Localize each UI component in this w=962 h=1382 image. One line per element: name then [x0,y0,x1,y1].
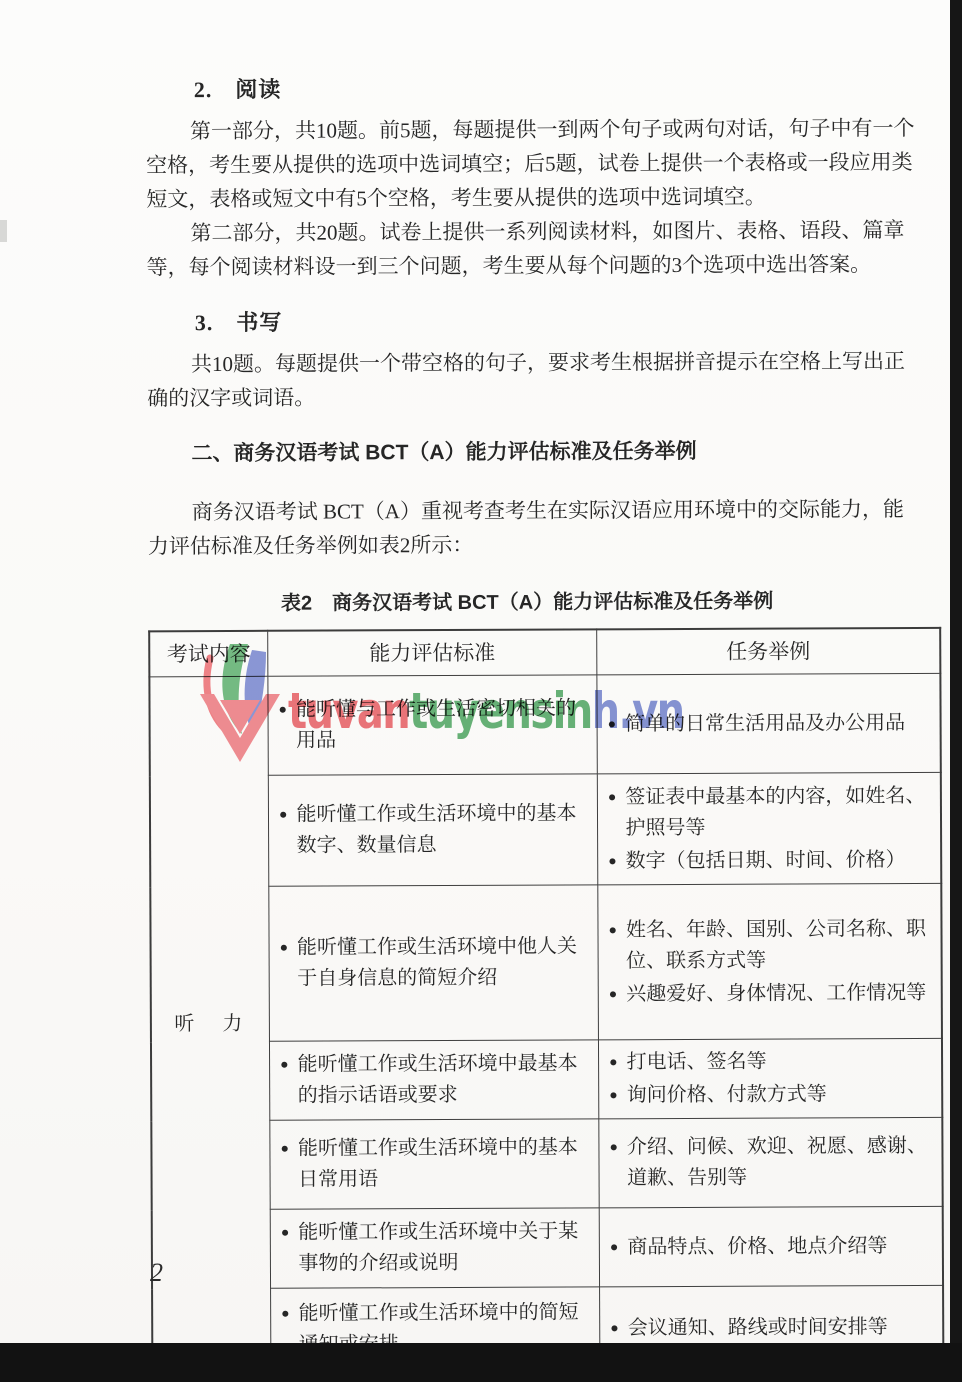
bullet-item: ●能听懂工作或生活环境中的基本数字、数量信息 [279,798,587,861]
bullet-icon: ● [610,1232,619,1263]
criteria-cell: ●能听懂与工作或生活密切相关的用品 [268,675,597,775]
bullet-icon: ● [279,800,288,831]
bullet-text: 商品特点、价格、地点介绍等 [627,1230,932,1262]
text-line: 短文，表格或短文中有5个空格，考生要从提供的选项中选词填空。 [146,179,904,216]
text-line: 确的汉字或词语。 [147,378,905,415]
column-header-criteria: 能力评估标准 [268,629,597,676]
criteria-cell: ●能听懂工作或生活环境中的基本日常用语 [270,1119,599,1209]
column-header-exam-content: 考试内容 [149,631,268,677]
table-caption: 表2 商务汉语考试 BCT（A）能力评估标准及任务举例 [148,584,906,616]
reading-paragraph-2: 第二部分，共20题。试卷上提供一系列阅读材料，如图片、表格、语段、篇章 等，每个… [146,213,904,284]
text-line: 等，每个阅读材料设一到三个问题，考生要从每个问题的3个选项中选出答案。 [147,247,905,284]
section-heading-reading: 2. 阅读 [146,70,904,104]
bullet-text: 数字（包括日期、时间、价格） [626,844,931,876]
bullet-item: ●数字（包括日期、时间、价格） [608,844,930,876]
bullet-item: ●能听懂工作或生活环境中关于某事物的介绍或说明 [281,1216,589,1279]
text-line: 第一部分，共10题。前5题，每题提供一到两个句子或两句对话，句子中有一个 [146,111,904,148]
assessment-table: 考试内容 能力评估标准 任务举例 听 力 ●能听懂与工作或生活密切相关的用品 ●… [148,627,944,1373]
text-line: 共10题。每题提供一个带空格的句子，要求考生根据拼音提示在空格上写出正 [147,344,905,381]
skill-cell-listening: 听 力 [149,676,271,1372]
bullet-text: 签证表中最基本的内容，如姓名、护照号等 [625,780,930,843]
section-heading-bct: 二、商务汉语考试 BCT（A）能力评估标准及任务举例 [147,434,905,467]
bullet-icon: ● [281,1299,290,1330]
page-number: 2 [150,1258,163,1288]
bullet-text: 姓名、年龄、国别、公司名称、职位、联系方式等 [626,913,931,976]
bullet-item: ●打电话、签名等 [609,1046,931,1078]
bullet-item: ●能听懂工作或生活环境中最基本的指示话语或要求 [280,1048,588,1111]
tasks-cell: ●打电话、签名等 ●询问价格、付款方式等 [598,1038,942,1118]
bullet-item: ●能听懂工作或生活环境中的基本日常用语 [280,1132,588,1195]
scan-black-border-right [950,0,962,1382]
bullet-text: 兴趣爱好、身体情况、工作情况等 [626,977,931,1009]
bullet-item: ●商品特点、价格、地点介绍等 [610,1230,932,1262]
text-line: 空格，考生要从提供的选项中选词填空；后5题，试卷上提供一个表格或一段应用类 [146,145,904,182]
criteria-cell: ●能听懂工作或生活环境中他人关于自身信息的简短介绍 [269,885,599,1041]
bullet-text: 能听懂工作或生活环境中关于某事物的介绍或说明 [298,1216,589,1279]
bullet-item: ●签证表中最基本的内容，如姓名、护照号等 [608,780,930,843]
bullet-text: 简单的日常生活用品及办公用品 [625,707,930,739]
bullet-icon: ● [278,695,287,726]
text-line: 力评估标准及任务举例如表2所示： [148,526,906,563]
bullet-text: 能听懂工作或生活环境中的基本日常用语 [298,1132,589,1195]
scan-black-border-bottom [0,1343,962,1382]
criteria-cell: ●能听懂工作或生活环境中最基本的指示话语或要求 [269,1040,598,1120]
bullet-icon: ● [609,1047,618,1078]
bullet-icon: ● [610,1313,619,1344]
table-row: 听 力 ●能听懂与工作或生活密切相关的用品 ●简单的日常生活用品及办公用品 [149,673,940,775]
table-header-row: 考试内容 能力评估标准 任务举例 [149,628,940,677]
bullet-text: 能听懂工作或生活环境中的基本数字、数量信息 [296,798,587,861]
bullet-item: ●兴趣爱好、身体情况、工作情况等 [609,977,931,1009]
bullet-icon: ● [609,1132,618,1163]
table-row: ●能听懂工作或生活环境中的基本数字、数量信息 ●签证表中最基本的内容，如姓名、护… [150,772,941,886]
bullet-icon: ● [280,1050,289,1081]
tasks-cell: ●签证表中最基本的内容，如姓名、护照号等 ●数字（包括日期、时间、价格） [597,772,941,884]
bullet-item: ●能听懂与工作或生活密切相关的用品 [278,693,586,756]
bullet-icon: ● [608,782,617,813]
tasks-cell: ●商品特点、价格、地点介绍等 [599,1206,943,1286]
bullet-text: 询问价格、付款方式等 [627,1079,932,1111]
bullet-text: 会议通知、路线或时间安排等 [628,1311,933,1343]
table-row: ●能听懂工作或生活环境中关于某事物的介绍或说明 ●商品特点、价格、地点介绍等 [152,1206,943,1288]
bullet-item: ●会议通知、路线或时间安排等 [610,1311,932,1343]
bullet-item: ●简单的日常生活用品及办公用品 [608,707,930,739]
bullet-icon: ● [280,1134,289,1165]
bullet-icon: ● [608,915,617,946]
criteria-cell: ●能听懂工作或生活环境中关于某事物的介绍或说明 [270,1208,599,1288]
criteria-cell: ●能听懂工作或生活环境中的基本数字、数量信息 [268,774,597,886]
table-row: ●能听懂工作或生活环境中最基本的指示话语或要求 ●打电话、签名等 ●询问价格、付… [151,1038,942,1120]
bullet-icon: ● [609,979,618,1010]
reading-paragraph-1: 第一部分，共10题。前5题，每题提供一到两个句子或两句对话，句子中有一个 空格，… [146,111,904,216]
tasks-cell: ●介绍、问候、欢迎、祝愿、感谢、道歉、告别等 [599,1117,943,1207]
bullet-item: ●询问价格、付款方式等 [609,1079,931,1111]
scan-edge-artifact [0,220,7,242]
text-line: 第二部分，共20题。试卷上提供一系列阅读材料，如图片、表格、语段、篇章 [146,213,904,250]
page-content: 2. 阅读 第一部分，共10题。前5题，每题提供一到两个句子或两句对话，句子中有… [146,64,910,1373]
writing-paragraph: 共10题。每题提供一个带空格的句子，要求考生根据拼音提示在空格上写出正 确的汉字… [147,344,905,415]
section-heading-writing: 3. 书写 [147,303,905,337]
tasks-cell: ●姓名、年龄、国别、公司名称、职位、联系方式等 ●兴趣爱好、身体情况、工作情况等 [598,883,942,1039]
bullet-icon: ● [280,933,289,964]
bullet-item: ●能听懂工作或生活环境中他人关于自身信息的简短介绍 [280,931,588,994]
bullet-icon: ● [609,1080,618,1111]
text-line: 商务汉语考试 BCT（A）重视考查考生在实际汉语应用环境中的交际能力，能 [148,492,906,529]
table-row: ●能听懂工作或生活环境中的基本日常用语 ●介绍、问候、欢迎、祝愿、感谢、道歉、告… [151,1117,942,1209]
bct-paragraph: 商务汉语考试 BCT（A）重视考查考生在实际汉语应用环境中的交际能力，能 力评估… [148,492,906,563]
bullet-text: 能听懂工作或生活环境中最基本的指示话语或要求 [297,1048,588,1111]
bullet-icon: ● [608,709,617,740]
bullet-icon: ● [281,1218,290,1249]
bullet-icon: ● [608,846,617,877]
bullet-item: ●姓名、年龄、国别、公司名称、职位、联系方式等 [608,913,930,976]
bullet-text: 能听懂与工作或生活密切相关的用品 [296,693,587,756]
bullet-text: 介绍、问候、欢迎、祝愿、感谢、道歉、告别等 [627,1131,932,1194]
table-row: ●能听懂工作或生活环境中他人关于自身信息的简短介绍 ●姓名、年龄、国别、公司名称… [150,883,942,1041]
bullet-item: ●介绍、问候、欢迎、祝愿、感谢、道歉、告别等 [609,1131,931,1194]
bullet-text: 能听懂工作或生活环境中他人关于自身信息的简短介绍 [297,931,588,994]
column-header-tasks: 任务举例 [597,628,941,675]
tasks-cell: ●简单的日常生活用品及办公用品 [597,673,941,773]
bullet-text: 打电话、签名等 [626,1046,931,1078]
